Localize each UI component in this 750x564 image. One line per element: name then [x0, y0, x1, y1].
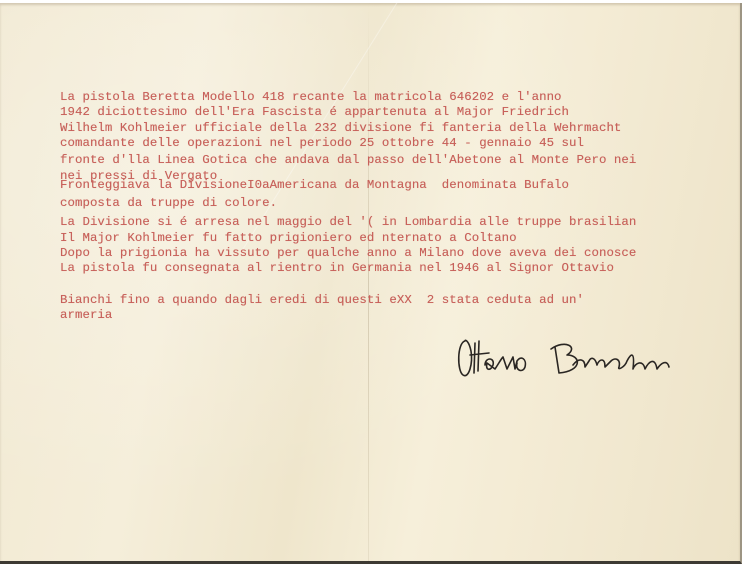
typed-line-3: Wilhelm Kohlmeier ufficiale della 232 di…: [60, 121, 621, 136]
typed-line-12: La pistola fu consegnata al rientro in G…: [60, 261, 614, 276]
typed-line-9: La Divisione si é arresa nel maggio del …: [60, 215, 636, 230]
handwritten-signature: Ottavio Bianchi: [455, 333, 725, 383]
typed-line-2: 1942 diciottesimo dell'Era Fascista é ap…: [60, 105, 569, 120]
typed-line-11: Dopo la prigionia ha vissuto per qualche…: [60, 246, 636, 261]
typed-line-7: Fronteggiava la DivisioneI0aAmericana da…: [60, 178, 569, 193]
paper-fold-line: [368, 3, 369, 561]
typed-line-4: comandante delle operazioni nel periodo …: [60, 136, 584, 151]
signature-icon: [455, 333, 725, 383]
typed-line-10: Il Major Kohlmeier fu fatto prigioniero …: [60, 231, 517, 246]
typed-line-14: armeria: [60, 308, 112, 323]
typed-line-5: fronte d'lla Linea Gotica che andava dal…: [60, 153, 636, 168]
typed-line-13: Bianchi fino a quando dagli eredi di que…: [60, 293, 584, 308]
typed-line-8: composta da truppe di colore.: [60, 196, 277, 211]
letter-paper: La pistola Beretta Modello 418 recante l…: [0, 3, 742, 564]
typed-line-1: La pistola Beretta Modello 418 recante l…: [60, 90, 562, 105]
